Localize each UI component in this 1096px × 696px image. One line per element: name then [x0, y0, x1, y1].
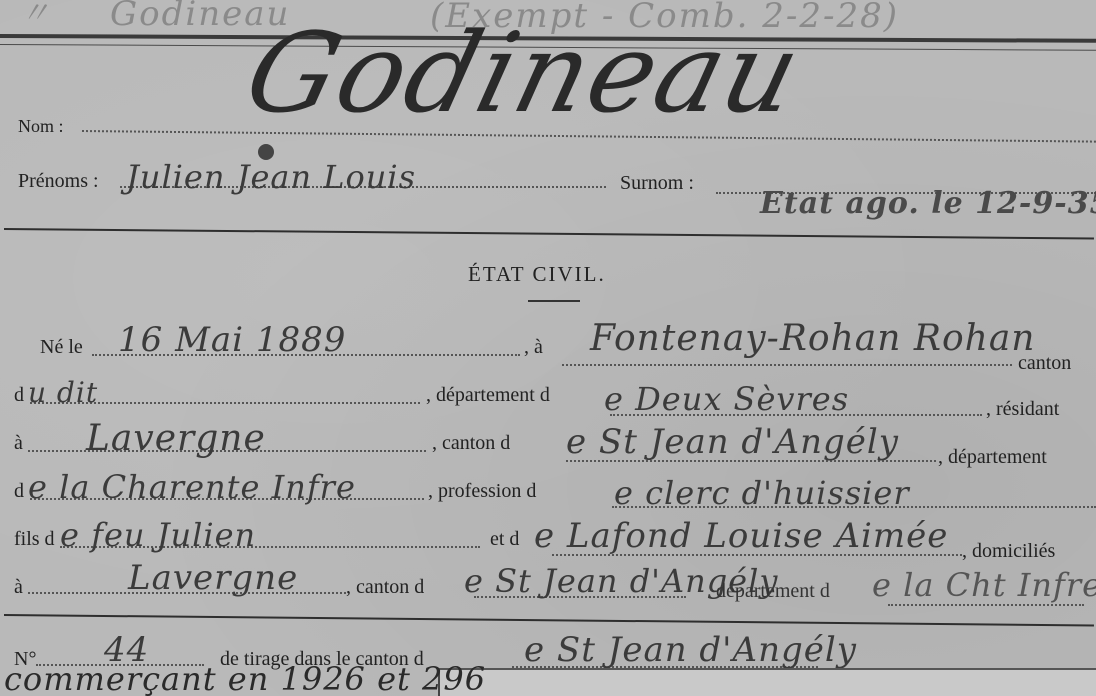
domicile-departement-field-line	[888, 604, 1084, 606]
canton-label: canton	[1018, 352, 1071, 375]
domicilies-label: , domiciliés	[962, 540, 1055, 563]
tirage-canton-value-handwritten: e St Jean d'Angély	[524, 630, 857, 670]
registry-card: 〃 Godineau (Exempt - Comb. 2-2-28) Nom :…	[0, 0, 1096, 696]
section-heading-etat-civil: ÉTAT CIVIL.	[468, 262, 606, 287]
surnom-label: Surnom :	[620, 172, 694, 195]
residence-departement-prefix: d	[14, 480, 24, 503]
ne-le-label: Né le	[40, 336, 83, 359]
ne-le-value-handwritten: 16 Mai 1889	[118, 320, 346, 360]
residence-canton-label: , canton d	[432, 432, 510, 455]
overlapping-paper-strip	[438, 668, 1096, 696]
canton-value-handwritten: u dit	[28, 376, 98, 409]
surnom-value-handwritten: Etat ago. le 12-9-35	[760, 186, 1096, 221]
pere-value-handwritten: e feu Julien	[60, 516, 256, 554]
residence-prefix: à	[14, 432, 23, 455]
departement-value-handwritten: e Deux Sèvres	[604, 380, 849, 418]
residence-departement-value-handwritten: e la Charente Infre	[28, 468, 356, 506]
bottom-note-handwritten: commerçant en 1926 et 296	[4, 660, 486, 696]
profession-label: , profession d	[428, 480, 536, 503]
residant-label: , résidant	[986, 398, 1059, 421]
birthplace-value-handwritten: Fontenay-Rohan Rohan	[590, 318, 1035, 359]
departement-label: , département d	[426, 384, 550, 407]
tirage-separator	[4, 614, 1094, 626]
pencil-mark-left: 〃	[20, 0, 52, 32]
residence-canton-value-handwritten: e St Jean d'Angély	[566, 422, 899, 462]
section-separator	[4, 228, 1094, 240]
domicile-departement-value-handwritten: e la Cht Infre	[872, 566, 1096, 604]
birthplace-field-line	[562, 364, 1012, 366]
prenoms-value-handwritten: Julien Jean Louis	[126, 158, 416, 196]
residence-value-handwritten: Lavergne	[86, 418, 266, 459]
profession-value-handwritten: e clerc d'huissier	[614, 474, 910, 512]
residence-departement-label: , département	[938, 446, 1047, 469]
heading-underline	[528, 300, 580, 302]
mere-value-handwritten: e Lafond Louise Aimée	[534, 516, 948, 556]
domicile-prefix: à	[14, 576, 23, 599]
prenoms-label: Prénoms :	[18, 170, 99, 193]
domicile-canton-label: , canton d	[346, 576, 424, 599]
birthplace-label: , à	[524, 336, 543, 359]
fils-de-label: fils d	[14, 528, 55, 551]
domicile-value-handwritten: Lavergne	[128, 558, 298, 598]
nom-label: Nom :	[18, 116, 64, 137]
domicile-departement-label: département d	[716, 580, 830, 603]
et-de-label: et d	[490, 528, 519, 551]
canton-prefix: d	[14, 384, 24, 407]
nom-value-handwritten: Godineau	[236, 18, 811, 128]
